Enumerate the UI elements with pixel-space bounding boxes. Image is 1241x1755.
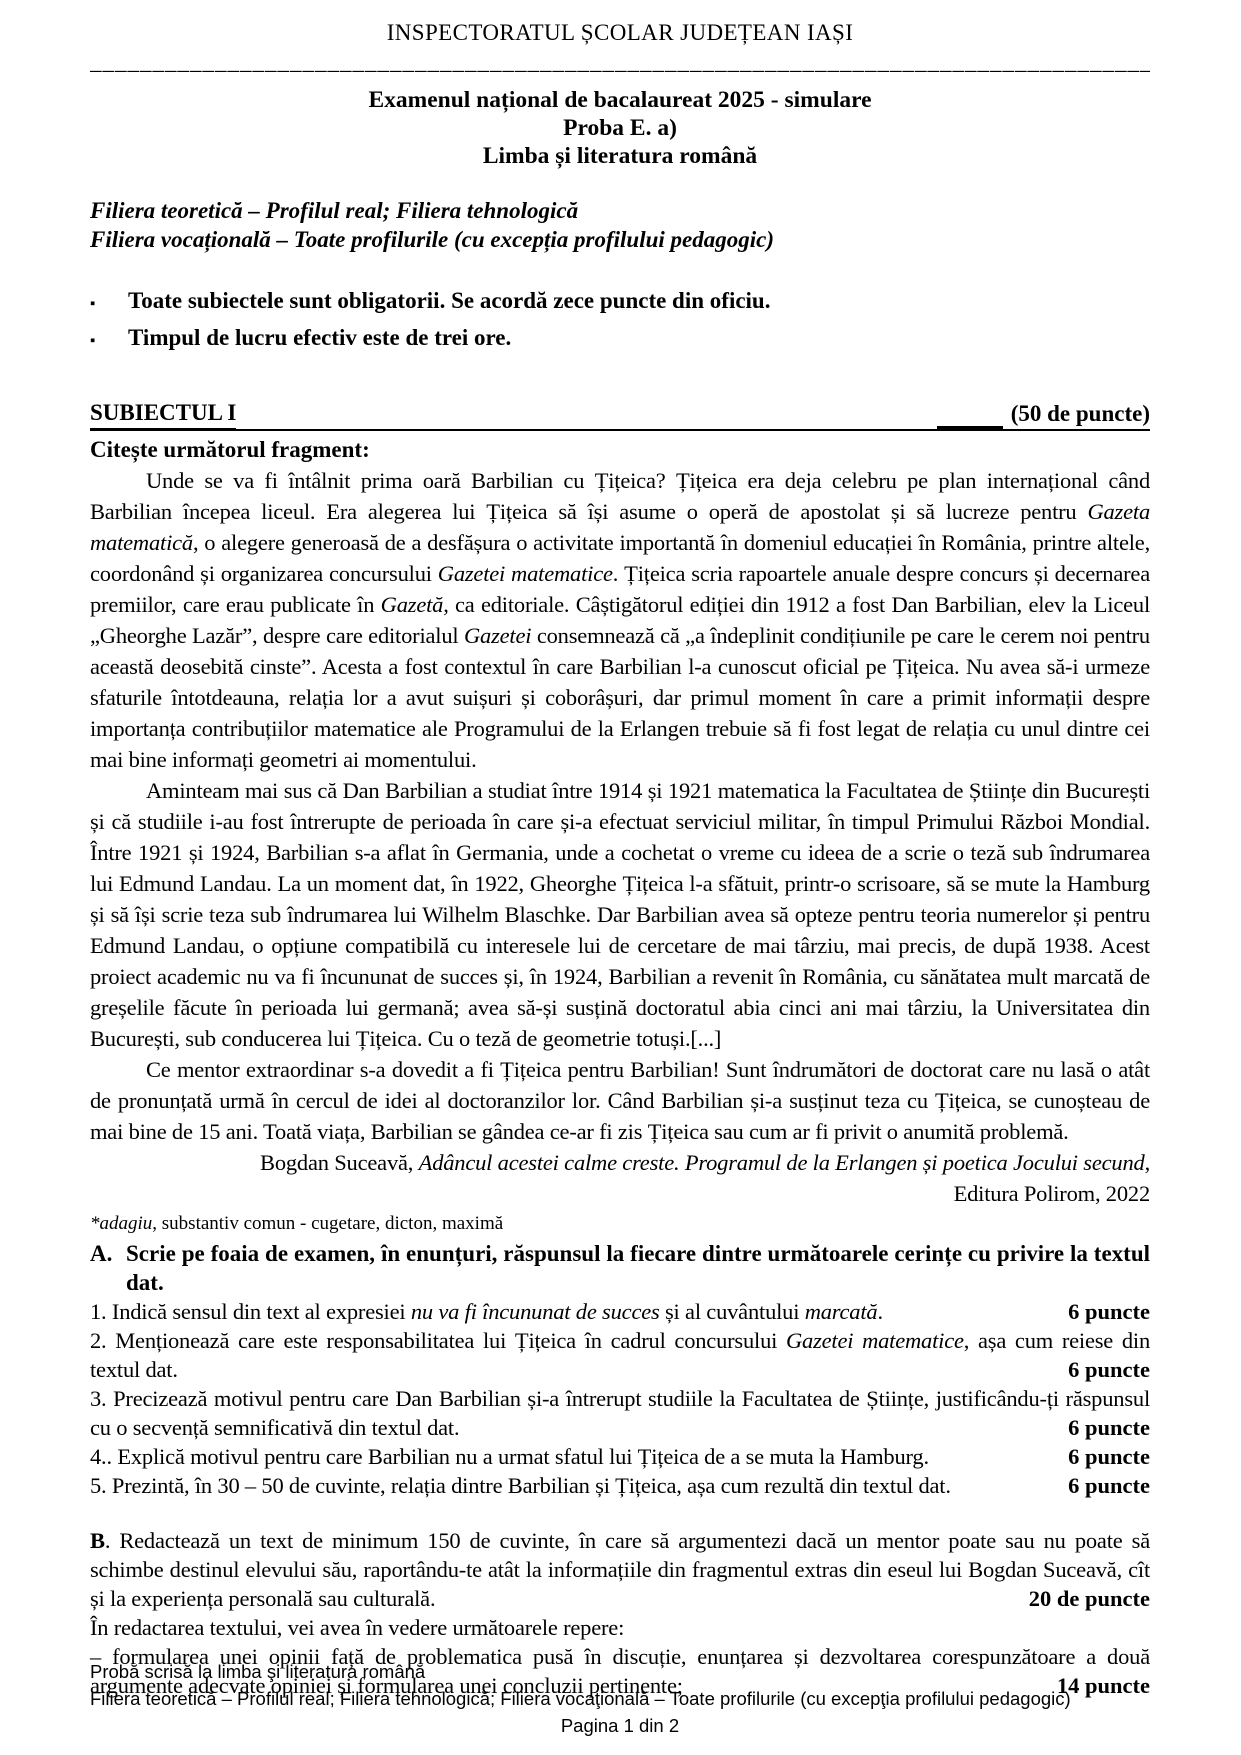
exam-general-notes: ▪ Toate subiectele sunt obligatorii. Se … xyxy=(90,284,1150,358)
note-text-2: Timpul de lucru efectiv este de trei ore… xyxy=(128,321,511,354)
exam-document-page: INSPECTORATUL ȘCOLAR JUDEȚEAN IAȘI _____… xyxy=(0,0,1241,1755)
question-1: 1. Indică sensul din text al expresiei n… xyxy=(90,1297,1150,1326)
question-3-points: 6 puncte xyxy=(1060,1413,1150,1442)
question-5: 5. Prezintă, în 30 – 50 de cuvinte, rela… xyxy=(90,1471,1150,1500)
fragment-lead: Citește următorul fragment: xyxy=(90,434,1150,465)
question-5-text: 5. Prezintă, în 30 – 50 de cuvinte, rela… xyxy=(90,1473,951,1498)
subject1-points: (50 de puncte) xyxy=(1011,399,1150,429)
footer-line-1: Probă scrisă la limba şi literatura româ… xyxy=(90,1658,1150,1685)
exam-proba: Proba E. a) xyxy=(90,114,1150,142)
footer-line-2: Filiera teoretică – Profilul real; Filie… xyxy=(90,1685,1150,1712)
question-1-text: 1. Indică sensul din text al expresiei n… xyxy=(90,1299,883,1324)
filiera-block: Filiera teoretică – Profilul real; Filie… xyxy=(90,196,1150,254)
square-bullet-icon: ▪ xyxy=(90,325,128,358)
square-bullet-icon: ▪ xyxy=(90,288,128,321)
attribution-publisher: Editura Polirom, 2022 xyxy=(90,1178,1150,1209)
question-3-text: 3. Precizează motivul pentru care Dan Ba… xyxy=(90,1386,1150,1440)
question-4: 4.. Explică motivul pentru care Barbilia… xyxy=(90,1442,1150,1471)
filiera-line-1: Filiera teoretică – Profilul real; Filie… xyxy=(90,196,1150,225)
exam-subject: Limba și literatura română xyxy=(90,142,1150,170)
page-footer: Probă scrisă la limba şi literatura româ… xyxy=(90,1658,1150,1739)
section-a-heading: A. Scrie pe foaia de examen, în enunțuri… xyxy=(90,1239,1150,1297)
heading-underline-mark xyxy=(937,426,1003,431)
section-a-instruction: Scrie pe foaia de examen, în enunțuri, r… xyxy=(126,1239,1150,1297)
question-3: 3. Precizează motivul pentru care Dan Ba… xyxy=(90,1384,1150,1442)
fragment-paragraph-3: Ce mentor extraordinar s-a dovedit a fi … xyxy=(90,1054,1150,1147)
footer-page-number: Pagina 1 din 2 xyxy=(90,1712,1150,1739)
note-item-2: ▪ Timpul de lucru efectiv este de trei o… xyxy=(90,321,1150,358)
section-b-text: B. Redactează un text de minimum 150 de … xyxy=(90,1528,1150,1611)
attribution-author-title: Bogdan Suceavă, Adâncul acestei calme cr… xyxy=(90,1147,1150,1178)
question-4-points: 6 puncte xyxy=(1060,1442,1150,1471)
subject1-heading-row: SUBIECTUL I (50 de puncte) xyxy=(90,398,1150,431)
section-b-paragraph: B. Redactează un text de minimum 150 de … xyxy=(90,1526,1150,1613)
filiera-line-2: Filiera vocațională – Toate profilurile … xyxy=(90,225,1150,254)
footnote-adagiu: *adagiu, substantiv comun - cugetare, di… xyxy=(90,1211,1150,1237)
note-text-1: Toate subiectele sunt obligatorii. Se ac… xyxy=(128,284,770,317)
header-divider-line: ________________________________________… xyxy=(90,50,1150,74)
question-1-points: 6 puncte xyxy=(1060,1297,1150,1326)
subject1-heading: SUBIECTUL I xyxy=(90,398,236,431)
note-item-1: ▪ Toate subiectele sunt obligatorii. Se … xyxy=(90,284,1150,321)
header-institution: INSPECTORATUL ȘCOLAR JUDEȚEAN IAȘI xyxy=(90,20,1150,46)
question-2: 2. Menționează care este responsabilitat… xyxy=(90,1326,1150,1384)
question-2-points: 6 puncte xyxy=(1060,1355,1150,1384)
fragment-paragraph-1: Unde se va fi întâlnit prima oară Barbil… xyxy=(90,465,1150,775)
question-2-text: 2. Menționează care este responsabilitat… xyxy=(90,1328,1150,1382)
fragment-paragraph-2: Aminteam mai sus că Dan Barbilian a stud… xyxy=(90,775,1150,1054)
section-b-points: 20 de puncte xyxy=(1021,1584,1150,1613)
section-b-note: În redactarea textului, vei avea în vede… xyxy=(90,1613,1150,1642)
section-a-label: A. xyxy=(90,1239,126,1297)
question-5-points: 6 puncte xyxy=(1060,1471,1150,1500)
question-4-text: 4.. Explică motivul pentru care Barbilia… xyxy=(90,1444,929,1469)
exam-title-block: Examenul național de bacalaureat 2025 - … xyxy=(90,86,1150,170)
exam-title: Examenul național de bacalaureat 2025 - … xyxy=(90,86,1150,114)
page-content: INSPECTORATUL ȘCOLAR JUDEȚEAN IAȘI _____… xyxy=(90,20,1150,1700)
